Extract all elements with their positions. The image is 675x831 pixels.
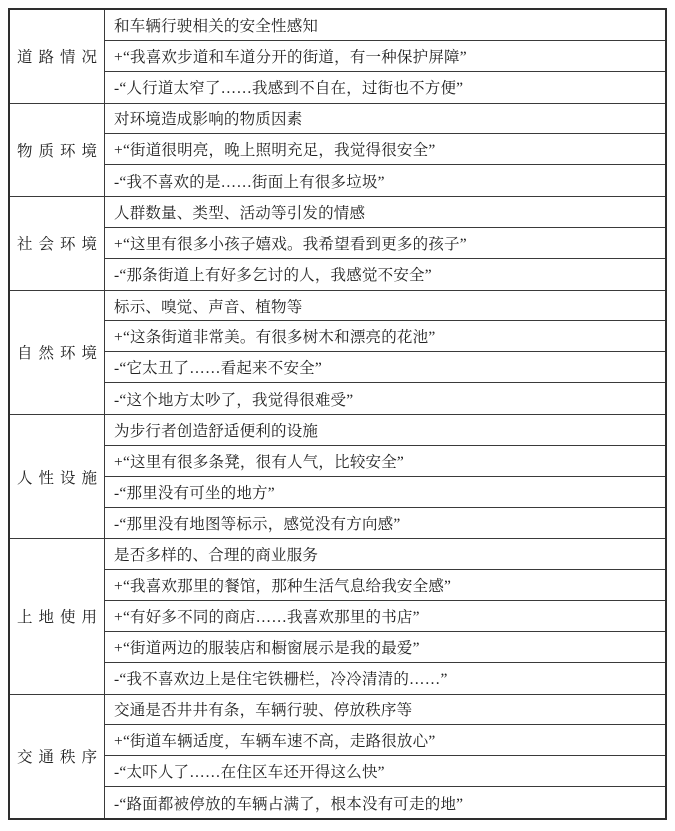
- table-row: +“街道两边的服装店和橱窗展示是我的最爱”: [105, 632, 665, 663]
- row-text: -“太吓人了……在住区车还开得这么快”: [114, 760, 385, 782]
- category-cell: 物质环境: [10, 104, 105, 197]
- row-text: +“我喜欢步道和车道分开的街道，有一种保护屏障”: [114, 45, 467, 67]
- category-cell: 社会环境: [10, 197, 105, 290]
- row-text: -“路面都被停放的车辆占满了，根本没有可走的地”: [114, 792, 463, 814]
- row-text: 为步行者创造舒适便利的设施: [114, 419, 318, 441]
- category-cell: 人性设施: [10, 415, 105, 538]
- row-text: +“街道两边的服装店和橱窗展示是我的最爱”: [114, 636, 420, 658]
- table-row: +“街道车辆适度，车辆车速不高，走路很放心”: [105, 725, 665, 756]
- row-text: -“人行道太窄了……我感到不自在，过街也不方便”: [114, 76, 463, 98]
- table-row: 人群数量、类型、活动等引发的情感: [105, 197, 665, 228]
- table-row: +“街道很明亮，晚上照明充足，我觉得很安全”: [105, 134, 665, 165]
- section-rows: 对环境造成影响的物质因素 +“街道很明亮，晚上照明充足，我觉得很安全” -“我不…: [105, 104, 665, 197]
- table-section-land-use: 上地使用 是否多样的、合理的商业服务 +“我喜欢那里的餐馆，那种生活气息给我安全…: [10, 539, 665, 694]
- row-text: -“我不喜欢的是……街面上有很多垃圾”: [114, 170, 385, 192]
- row-text: -“那里没有可坐的地方”: [114, 481, 275, 503]
- row-text: +“街道很明亮，晚上照明充足，我觉得很安全”: [114, 138, 435, 160]
- table-row: -“它太丑了……看起来不安全”: [105, 352, 665, 383]
- table-row: -“这个地方太吵了，我觉得很难受”: [105, 383, 665, 414]
- table-row: -“那里没有地图等标示，感觉没有方向感”: [105, 508, 665, 539]
- category-cell: 道路情况: [10, 10, 105, 103]
- category-label: 道路情况: [17, 45, 103, 67]
- street-perception-table: 道路情况 和车辆行驶相关的安全性感知 +“我喜欢步道和车道分开的街道，有一种保护…: [8, 8, 667, 820]
- table-section-social-environment: 社会环境 人群数量、类型、活动等引发的情感 +“这里有很多小孩子嬉戏。我希望看到…: [10, 197, 665, 291]
- section-rows: 人群数量、类型、活动等引发的情感 +“这里有很多小孩子嬉戏。我希望看到更多的孩子…: [105, 197, 665, 290]
- table-row: -“我不喜欢边上是住宅铁栅栏，冷冷清清的……”: [105, 663, 665, 694]
- category-label: 物质环境: [17, 139, 103, 161]
- category-cell: 上地使用: [10, 539, 105, 693]
- section-rows: 是否多样的、合理的商业服务 +“我喜欢那里的餐馆，那种生活气息给我安全感” +“…: [105, 539, 665, 693]
- row-text: 标示、嗅觉、声音、植物等: [114, 295, 302, 317]
- row-text: +“这里有很多小孩子嬉戏。我希望看到更多的孩子”: [114, 232, 467, 254]
- row-text: -“那条街道上有好多乞讨的人，我感觉不安全”: [114, 263, 432, 285]
- category-cell: 自然环境: [10, 291, 105, 414]
- row-text: +“街道车辆适度，车辆车速不高，走路很放心”: [114, 729, 435, 751]
- table-section-natural-environment: 自然环境 标示、嗅觉、声音、植物等 +“这条街道非常美。有很多树木和漂亮的花池”…: [10, 291, 665, 415]
- category-label: 社会环境: [17, 232, 103, 254]
- table-row: +“我喜欢那里的餐馆，那种生活气息给我安全感”: [105, 570, 665, 601]
- table-row: +“有好多不同的商店……我喜欢那里的书店”: [105, 601, 665, 632]
- table-section-traffic-order: 交通秩序 交通是否井井有条，车辆行驶、停放秩序等 +“街道车辆适度，车辆车速不高…: [10, 695, 665, 818]
- category-label: 上地使用: [17, 605, 103, 627]
- row-text: 和车辆行驶相关的安全性感知: [114, 14, 318, 36]
- table-row: 标示、嗅觉、声音、植物等: [105, 291, 665, 322]
- row-text: +“有好多不同的商店……我喜欢那里的书店”: [114, 605, 420, 627]
- section-rows: 交通是否井井有条，车辆行驶、停放秩序等 +“街道车辆适度，车辆车速不高，走路很放…: [105, 695, 665, 818]
- table-row: -“那条街道上有好多乞讨的人，我感觉不安全”: [105, 259, 665, 290]
- row-text: -“我不喜欢边上是住宅铁栅栏，冷冷清清的……”: [114, 667, 448, 689]
- category-cell: 交通秩序: [10, 695, 105, 818]
- table-row: -“人行道太窄了……我感到不自在，过街也不方便”: [105, 72, 665, 103]
- row-text: 对环境造成影响的物质因素: [114, 107, 302, 129]
- row-text: +“我喜欢那里的餐馆，那种生活气息给我安全感”: [114, 574, 451, 596]
- table-row: 交通是否井井有条，车辆行驶、停放秩序等: [105, 695, 665, 726]
- table-row: 是否多样的、合理的商业服务: [105, 539, 665, 570]
- row-text: 交通是否井井有条，车辆行驶、停放秩序等: [114, 698, 412, 720]
- row-text: +“这里有很多条凳，很有人气，比较安全”: [114, 450, 404, 472]
- table-section-road-condition: 道路情况 和车辆行驶相关的安全性感知 +“我喜欢步道和车道分开的街道，有一种保护…: [10, 10, 665, 104]
- table-section-human-facilities: 人性设施 为步行者创造舒适便利的设施 +“这里有很多条凳，很有人气，比较安全” …: [10, 415, 665, 539]
- table-section-physical-environment: 物质环境 对环境造成影响的物质因素 +“街道很明亮，晚上照明充足，我觉得很安全”…: [10, 104, 665, 198]
- table-row: +“这里有很多条凳，很有人气，比较安全”: [105, 446, 665, 477]
- table-row: 对环境造成影响的物质因素: [105, 104, 665, 135]
- table-row: -“路面都被停放的车辆占满了，根本没有可走的地”: [105, 787, 665, 818]
- scanned-document-page: 道路情况 和车辆行驶相关的安全性感知 +“我喜欢步道和车道分开的街道，有一种保护…: [0, 0, 675, 831]
- table-row: +“这里有很多小孩子嬉戏。我希望看到更多的孩子”: [105, 228, 665, 259]
- category-label: 自然环境: [17, 341, 103, 363]
- row-text: -“它太丑了……看起来不安全”: [114, 356, 322, 378]
- row-text: +“这条街道非常美。有很多树木和漂亮的花池”: [114, 325, 435, 347]
- table-row: -“我不喜欢的是……街面上有很多垃圾”: [105, 165, 665, 196]
- row-text: 是否多样的、合理的商业服务: [114, 543, 318, 565]
- category-label: 人性设施: [17, 466, 103, 488]
- table-row: 为步行者创造舒适便利的设施: [105, 415, 665, 446]
- section-rows: 标示、嗅觉、声音、植物等 +“这条街道非常美。有很多树木和漂亮的花池” -“它太…: [105, 291, 665, 414]
- category-label: 交通秩序: [17, 745, 103, 767]
- table-row: +“我喜欢步道和车道分开的街道，有一种保护屏障”: [105, 41, 665, 72]
- table-row: +“这条街道非常美。有很多树木和漂亮的花池”: [105, 321, 665, 352]
- row-text: 人群数量、类型、活动等引发的情感: [114, 201, 365, 223]
- table-row: -“那里没有可坐的地方”: [105, 477, 665, 508]
- table-row: -“太吓人了……在住区车还开得这么快”: [105, 756, 665, 787]
- table-row: 和车辆行驶相关的安全性感知: [105, 10, 665, 41]
- row-text: -“那里没有地图等标示，感觉没有方向感”: [114, 512, 400, 534]
- row-text: -“这个地方太吵了，我觉得很难受”: [114, 388, 353, 410]
- section-rows: 为步行者创造舒适便利的设施 +“这里有很多条凳，很有人气，比较安全” -“那里没…: [105, 415, 665, 538]
- section-rows: 和车辆行驶相关的安全性感知 +“我喜欢步道和车道分开的街道，有一种保护屏障” -…: [105, 10, 665, 103]
